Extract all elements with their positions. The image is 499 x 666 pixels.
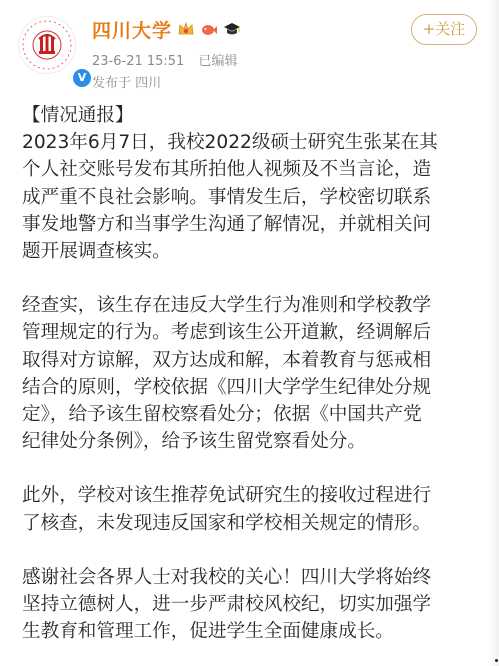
koi-fish-badge-icon — [200, 20, 218, 38]
text-line: 管理规定的行为。考虑到该生公开道歉，经调解后 — [22, 319, 477, 346]
text-line: 定》，给予该生留校察看处分；依据《中国共产党 — [22, 401, 477, 428]
paragraph-4: 感谢社会各界人士对我校的关心！四川大学将始终 坚持立德树人，进一步严肃校风校纪，… — [22, 564, 477, 646]
author-row: 四川大学 — [92, 16, 241, 42]
graduation-cap-badge-icon — [223, 20, 241, 38]
right-edge-shadow — [489, 0, 499, 666]
text-line: 感谢社会各界人士对我校的关心！四川大学将始终 — [22, 564, 477, 591]
text-line: 纪律处分条例》，给予该生留党察看处分。 — [22, 428, 477, 455]
post-content: 【情况通报】 2023年6月7日，我校2022级硕士研究生张某在其 个人社交账号… — [22, 102, 477, 645]
author-name[interactable]: 四川大学 — [92, 16, 172, 43]
edited-label[interactable]: 已编辑 — [198, 54, 237, 69]
text-line: 个人社交账号发布其所拍他人视频及不当言论，造 — [22, 156, 477, 183]
crown-badge-icon — [177, 20, 195, 38]
text-line: 经查实，该生存在违反大学生行为准则和学校教学 — [22, 292, 477, 319]
text-line: 2023年6月7日，我校2022级硕士研究生张某在其 — [22, 129, 477, 156]
university-logo-icon — [19, 17, 75, 73]
paragraph-3: 此外，学校对该生推荐免试研究生的接收过程进行 了核查，未发现违反国家和学校相关规… — [22, 482, 477, 536]
paragraph-1: 2023年6月7日，我校2022级硕士研究生张某在其 个人社交账号发布其所拍他人… — [22, 129, 477, 265]
text-line: 结合的原则，学校依据《四川大学学生纪律处分规 — [22, 374, 477, 401]
paragraph-2: 经查实，该生存在违反大学生行为准则和学校教学 管理规定的行为。考虑到该生公开道歉… — [22, 292, 477, 455]
text-line: 成严重不良社会影响。事情发生后，学校密切联系 — [22, 184, 477, 211]
post-meta: 23-6-21 15:51 已编辑 — [92, 50, 238, 69]
post-title: 【情况通报】 — [22, 102, 477, 129]
text-line: 题开展调查核实。 — [22, 238, 477, 265]
text-line: 取得对方谅解，双方达成和解，本着教育与惩戒相 — [22, 347, 477, 374]
paragraph-spacer — [22, 265, 477, 292]
paragraph-spacer — [22, 537, 477, 564]
post-location: 发布于 四川 — [92, 72, 161, 91]
post-header: V 四川大学 23-6-21 15:51 已编辑 发布于 四川 +关注 — [0, 0, 499, 98]
verified-badge-icon: V — [71, 67, 93, 89]
follow-button[interactable]: +关注 — [411, 14, 477, 45]
text-line: 了核查，未发现违反国家和学校相关规定的情形。 — [22, 510, 477, 537]
text-line: 生教育和管理工作，促进学生全面健康成长。 — [22, 618, 477, 645]
post-timestamp: 23-6-21 15:51 — [92, 54, 184, 69]
text-line: 坚持立德树人，进一步严肃校风校纪，切实加强学 — [22, 591, 477, 618]
paragraph-spacer — [22, 455, 477, 482]
scroll-indicator-dot — [495, 659, 498, 662]
avatar[interactable]: V — [18, 16, 76, 74]
text-line: 此外，学校对该生推荐免试研究生的接收过程进行 — [22, 482, 477, 509]
text-line: 事发地警方和当事学生沟通了解情况，并就相关问 — [22, 211, 477, 238]
